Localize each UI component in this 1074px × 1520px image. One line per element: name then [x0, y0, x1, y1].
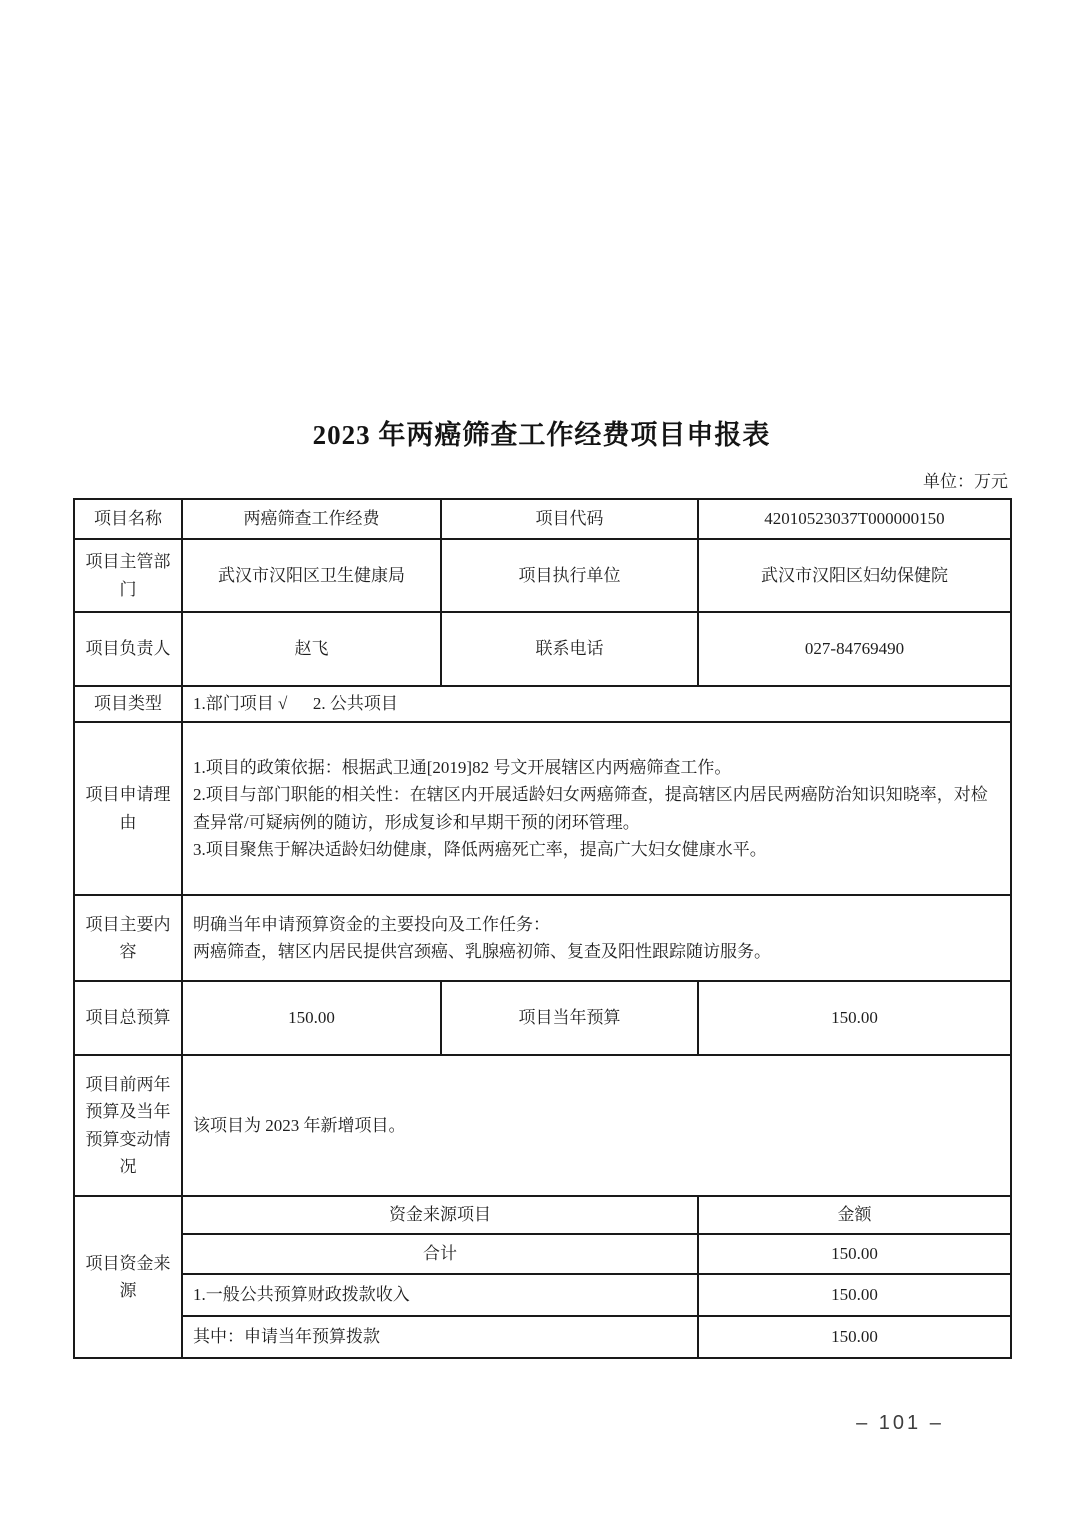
row-total-budget: 项目总预算 150.00 项目当年预算 150.00 [74, 981, 1011, 1055]
row-supervising-dept: 项目主管部门 武汉市汉阳区卫生健康局 项目执行单位 武汉市汉阳区妇幼保健院 [74, 539, 1011, 612]
funding-public-budget-item: 1.一般公共预算财政拨款收入 [182, 1274, 698, 1316]
row-project-name: 项目名称 两癌筛查工作经费 项目代码 42010523037T000000150 [74, 499, 1011, 539]
funding-row-current-year: 其中：申请当年预算拨款 150.00 [74, 1316, 1011, 1358]
row-project-type: 项目类型 1.部门项目 √ 2. 公共项目 [74, 686, 1011, 722]
form-content: 2023 年两癌筛查工作经费项目申报表 单位：万元 项目名称 两癌筛查工作经费 … [73, 413, 1010, 1359]
row-previous-budget: 项目前两年预算及当年预算变动情况 该项目为 2023 年新增项目。 [74, 1055, 1011, 1196]
leader-value: 赵飞 [182, 612, 441, 686]
project-type-value: 1.部门项目 √ 2. 公共项目 [182, 686, 1011, 722]
application-form-table: 项目名称 两癌筛查工作经费 项目代码 42010523037T000000150… [73, 498, 1012, 1359]
project-name-value: 两癌筛查工作经费 [182, 499, 441, 539]
previous-budget-label: 项目前两年预算及当年预算变动情况 [74, 1055, 182, 1196]
funding-header-item: 资金来源项目 [182, 1196, 698, 1234]
row-funding-header: 项目资金来源 资金来源项目 金额 [74, 1196, 1011, 1234]
funding-public-budget-amount: 150.00 [698, 1274, 1011, 1316]
application-reason-value: 1.项目的政策依据：根据武卫通[2019]82 号文开展辖区内两癌筛查工作。 2… [182, 722, 1011, 895]
total-budget-label: 项目总预算 [74, 981, 182, 1055]
page-title: 2023 年两癌筛查工作经费项目申报表 [73, 413, 1010, 452]
total-budget-value: 150.00 [182, 981, 441, 1055]
project-code-label: 项目代码 [441, 499, 698, 539]
main-content-line-1: 明确当年申请预算资金的主要投向及工作任务： [193, 911, 1000, 938]
reason-line-3: 3.项目聚焦于解决适龄妇幼健康，降低两癌死亡率，提高广大妇女健康水平。 [193, 836, 1000, 863]
executing-unit-value: 武汉市汉阳区妇幼保健院 [698, 539, 1011, 612]
row-main-content: 项目主要内容 明确当年申请预算资金的主要投向及工作任务： 两癌筛查，辖区内居民提… [74, 895, 1011, 981]
funding-row-total: 合计 150.00 [74, 1234, 1011, 1274]
funding-row-public-budget: 1.一般公共预算财政拨款收入 150.00 [74, 1274, 1011, 1316]
unit-note: 单位：万元 [73, 467, 1008, 492]
project-name-label: 项目名称 [74, 499, 182, 539]
main-content-line-2: 两癌筛查，辖区内居民提供宫颈癌、乳腺癌初筛、复查及阳性跟踪随访服务。 [193, 938, 1000, 965]
previous-budget-value: 该项目为 2023 年新增项目。 [182, 1055, 1011, 1196]
document-page: 2023 年两癌筛查工作经费项目申报表 单位：万元 项目名称 两癌筛查工作经费 … [0, 0, 1074, 1520]
project-code-value: 42010523037T000000150 [698, 499, 1011, 539]
reason-line-1: 1.项目的政策依据：根据武卫通[2019]82 号文开展辖区内两癌筛查工作。 [193, 754, 1000, 781]
project-type-label: 项目类型 [74, 686, 182, 722]
supervising-dept-label: 项目主管部门 [74, 539, 182, 612]
phone-label: 联系电话 [441, 612, 698, 686]
funding-source-label: 项目资金来源 [74, 1196, 182, 1358]
funding-total-amount: 150.00 [698, 1234, 1011, 1274]
current-year-budget-value: 150.00 [698, 981, 1011, 1055]
supervising-dept-value: 武汉市汉阳区卫生健康局 [182, 539, 441, 612]
row-leader: 项目负责人 赵飞 联系电话 027-84769490 [74, 612, 1011, 686]
funding-current-year-amount: 150.00 [698, 1316, 1011, 1358]
main-content-value: 明确当年申请预算资金的主要投向及工作任务： 两癌筛查，辖区内居民提供宫颈癌、乳腺… [182, 895, 1011, 981]
reason-line-2: 2.项目与部门职能的相关性：在辖区内开展适龄妇女两癌筛查，提高辖区内居民两癌防治… [193, 781, 1000, 835]
application-reason-label: 项目申请理由 [74, 722, 182, 895]
current-year-budget-label: 项目当年预算 [441, 981, 698, 1055]
phone-value: 027-84769490 [698, 612, 1011, 686]
main-content-label: 项目主要内容 [74, 895, 182, 981]
page-number: – 101 – [840, 1412, 960, 1435]
funding-current-year-item: 其中：申请当年预算拨款 [182, 1316, 698, 1358]
funding-total-item: 合计 [182, 1234, 698, 1274]
row-application-reason: 项目申请理由 1.项目的政策依据：根据武卫通[2019]82 号文开展辖区内两癌… [74, 722, 1011, 895]
executing-unit-label: 项目执行单位 [441, 539, 698, 612]
leader-label: 项目负责人 [74, 612, 182, 686]
funding-header-amount: 金额 [698, 1196, 1011, 1234]
